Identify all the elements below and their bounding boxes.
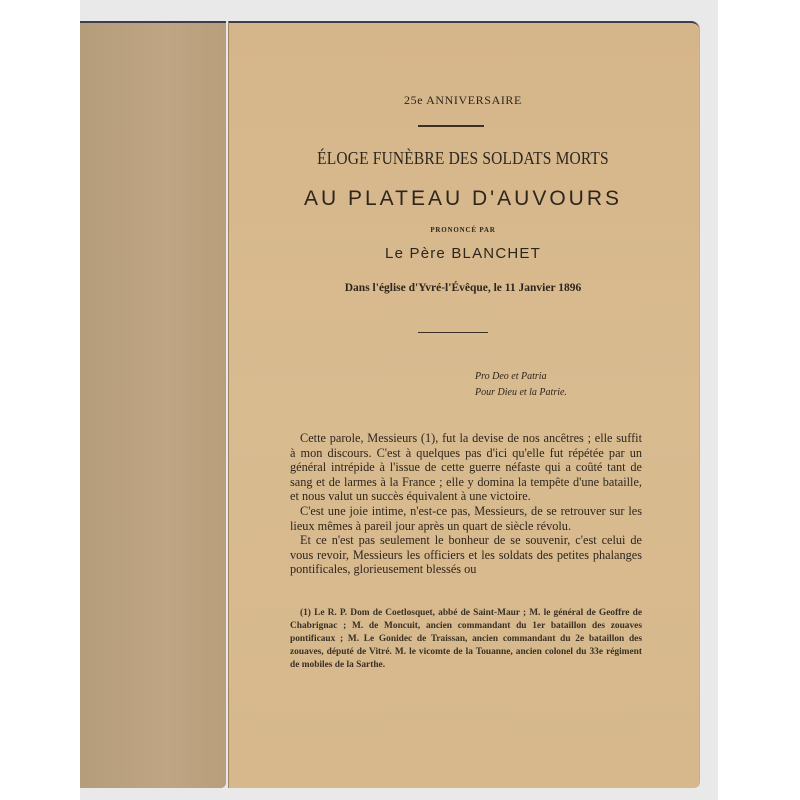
- left-page-verso: [80, 21, 226, 788]
- location-date: Dans l'église d'Yvré-l'Évêque, le 11 Jan…: [228, 282, 698, 294]
- motto-french: Pour Dieu et la Patrie.: [475, 387, 567, 398]
- anniversary-heading: 25e ANNIVERSAIRE: [228, 93, 698, 108]
- divider-rule-top: [418, 125, 484, 127]
- motto-latin: Pro Deo et Patria: [475, 371, 547, 382]
- title-line-2: AU PLATEAU D'AUVOURS: [228, 187, 698, 211]
- body-text: Cette parole, Messieurs (1), fut la devi…: [290, 431, 642, 577]
- body-paragraph: Cette parole, Messieurs (1), fut la devi…: [290, 431, 642, 504]
- footnote: (1) Le R. P. Dom de Coetlosquet, abbé de…: [290, 607, 642, 672]
- body-paragraph: C'est une joie intime, n'est-ce pas, Mes…: [290, 504, 642, 533]
- right-page-recto: [228, 21, 699, 788]
- body-paragraph: Et ce n'est pas seulement le bonheur de …: [290, 533, 642, 577]
- pronounced-by-label: PRONONCÉ PAR: [228, 226, 698, 234]
- speaker-name: Le Père BLANCHET: [228, 245, 698, 262]
- footnote-text: (1) Le R. P. Dom de Coetlosquet, abbé de…: [290, 607, 642, 672]
- title-line-1: ÉLOGE FUNÈBRE DES SOLDATS MORTS: [261, 148, 665, 169]
- divider-rule-bottom: [418, 332, 488, 333]
